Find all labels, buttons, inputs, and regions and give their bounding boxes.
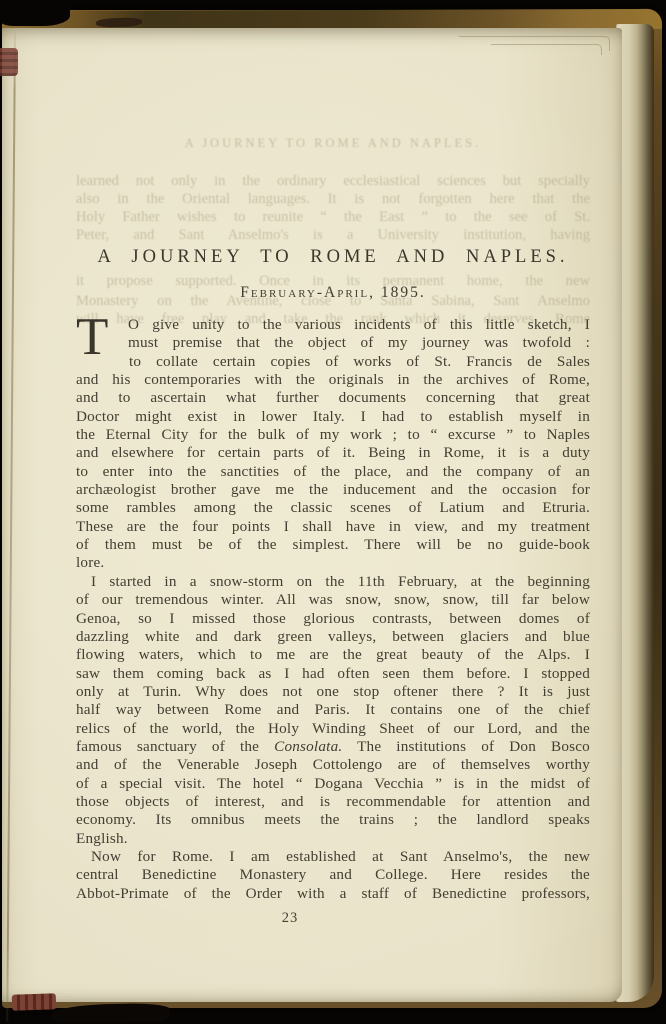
- text-line: Doctor might exist in lower Italy. I had…: [76, 408, 590, 426]
- chapter-title: A JOURNEY TO ROME AND NAPLES.: [76, 246, 590, 268]
- paragraph-3: Now for Rome. I am established at Sant A…: [76, 848, 590, 903]
- text-line: These are the four points I shall have i…: [76, 518, 590, 536]
- book-photo: A JOURNEY TO ROME AND NAPLES. learned no…: [0, 0, 666, 1024]
- text-line-with-italic: famous sanctuary of the Consolata. The i…: [76, 738, 590, 756]
- page-number: 23: [76, 910, 504, 927]
- text-line: must premise that the object of my journ…: [76, 334, 590, 352]
- printed-page-content: A JOURNEY TO ROME AND NAPLES. February-A…: [76, 246, 590, 927]
- cloth-binding-fragment: [12, 993, 57, 1011]
- text-line: archæologist brother gave me the inducem…: [76, 481, 590, 499]
- text-line: I started in a snow-storm on the 11th Fe…: [76, 573, 590, 591]
- text-line: and to ascertain what further documents …: [76, 389, 590, 407]
- text-segment: famous sanctuary of the: [76, 738, 274, 755]
- text-line: to enter into the sanctities of the plac…: [76, 463, 590, 481]
- ghost-line: also in the Oriental languages. It is no…: [76, 190, 590, 208]
- text-line: flowing waters, which to me are the grea…: [76, 646, 590, 664]
- paragraph-2: I started in a snow-storm on the 11th Fe…: [76, 573, 590, 848]
- text-line: Abbot-Primate of the Order with a staff …: [76, 885, 590, 903]
- text-line: of a special visit. The hotel “ Dogana V…: [76, 775, 590, 793]
- text-line: economy. Its omnibus meets the trains ; …: [76, 811, 590, 829]
- text-line: those objects of interest, and is recomm…: [76, 793, 590, 811]
- text-line: the Eternal City for the bulk of my work…: [76, 426, 590, 444]
- body-text: T O give unity to the various incidents …: [76, 316, 590, 903]
- book-page: A JOURNEY TO ROME AND NAPLES. learned no…: [2, 28, 622, 1002]
- text-line: and his contemporaries with the original…: [76, 371, 590, 389]
- text-line: some rambles among the classic scenes of…: [76, 499, 590, 517]
- text-line: and of the Venerable Joseph Cottolengo a…: [76, 756, 590, 774]
- text-line: dazzling white and dark green valleys, b…: [76, 628, 590, 646]
- italic-word: Consolata.: [274, 738, 342, 755]
- ghost-line: learned not only in the ordinary ecclesi…: [76, 172, 590, 190]
- ghost-header: A JOURNEY TO ROME AND NAPLES.: [76, 134, 590, 152]
- text-line: half way between Rome and Paris. It cont…: [76, 701, 590, 719]
- page-gutter-crease: [6, 32, 16, 1022]
- underlying-page-edge: [491, 44, 602, 55]
- text-line: central Benedictine Monastery and Colleg…: [76, 866, 590, 884]
- text-line: English.: [76, 830, 590, 848]
- text-line: of them must be of the simplest. There w…: [76, 536, 590, 554]
- text-line: Genoa, so I missed those glorious contra…: [76, 610, 590, 628]
- text-line: of our tremendous winter. All was snow, …: [76, 591, 590, 609]
- text-line: O give unity to the various incidents of…: [76, 316, 590, 334]
- text-line: to collate certain copies of works of St…: [129, 353, 590, 371]
- text-line: Now for Rome. I am established at Sant A…: [76, 848, 590, 866]
- text-line: and elsewhere for certain parts of it. B…: [76, 444, 590, 462]
- cloth-binding-fragment: [0, 48, 18, 76]
- text-line: relics of the world, the Holy Winding Sh…: [76, 720, 590, 738]
- ghost-line: Holy Father wishes to reunite “ the East…: [76, 208, 590, 226]
- ghost-line: Peter, and Sant Anselmo's is a Universit…: [76, 226, 590, 244]
- text-line: only at Turin. Why does not one stop oft…: [76, 683, 590, 701]
- text-line: saw them coming back as I had often seen…: [76, 665, 590, 683]
- text-line: lore.: [76, 554, 590, 572]
- chapter-subtitle: February-April, 1895.: [76, 284, 590, 302]
- text-segment: The institutions of Don Bosco: [342, 738, 590, 755]
- paragraph-1: T O give unity to the various incidents …: [76, 316, 590, 573]
- cover-corner-shadow: [0, 0, 70, 26]
- dropcap-initial: T: [76, 317, 122, 357]
